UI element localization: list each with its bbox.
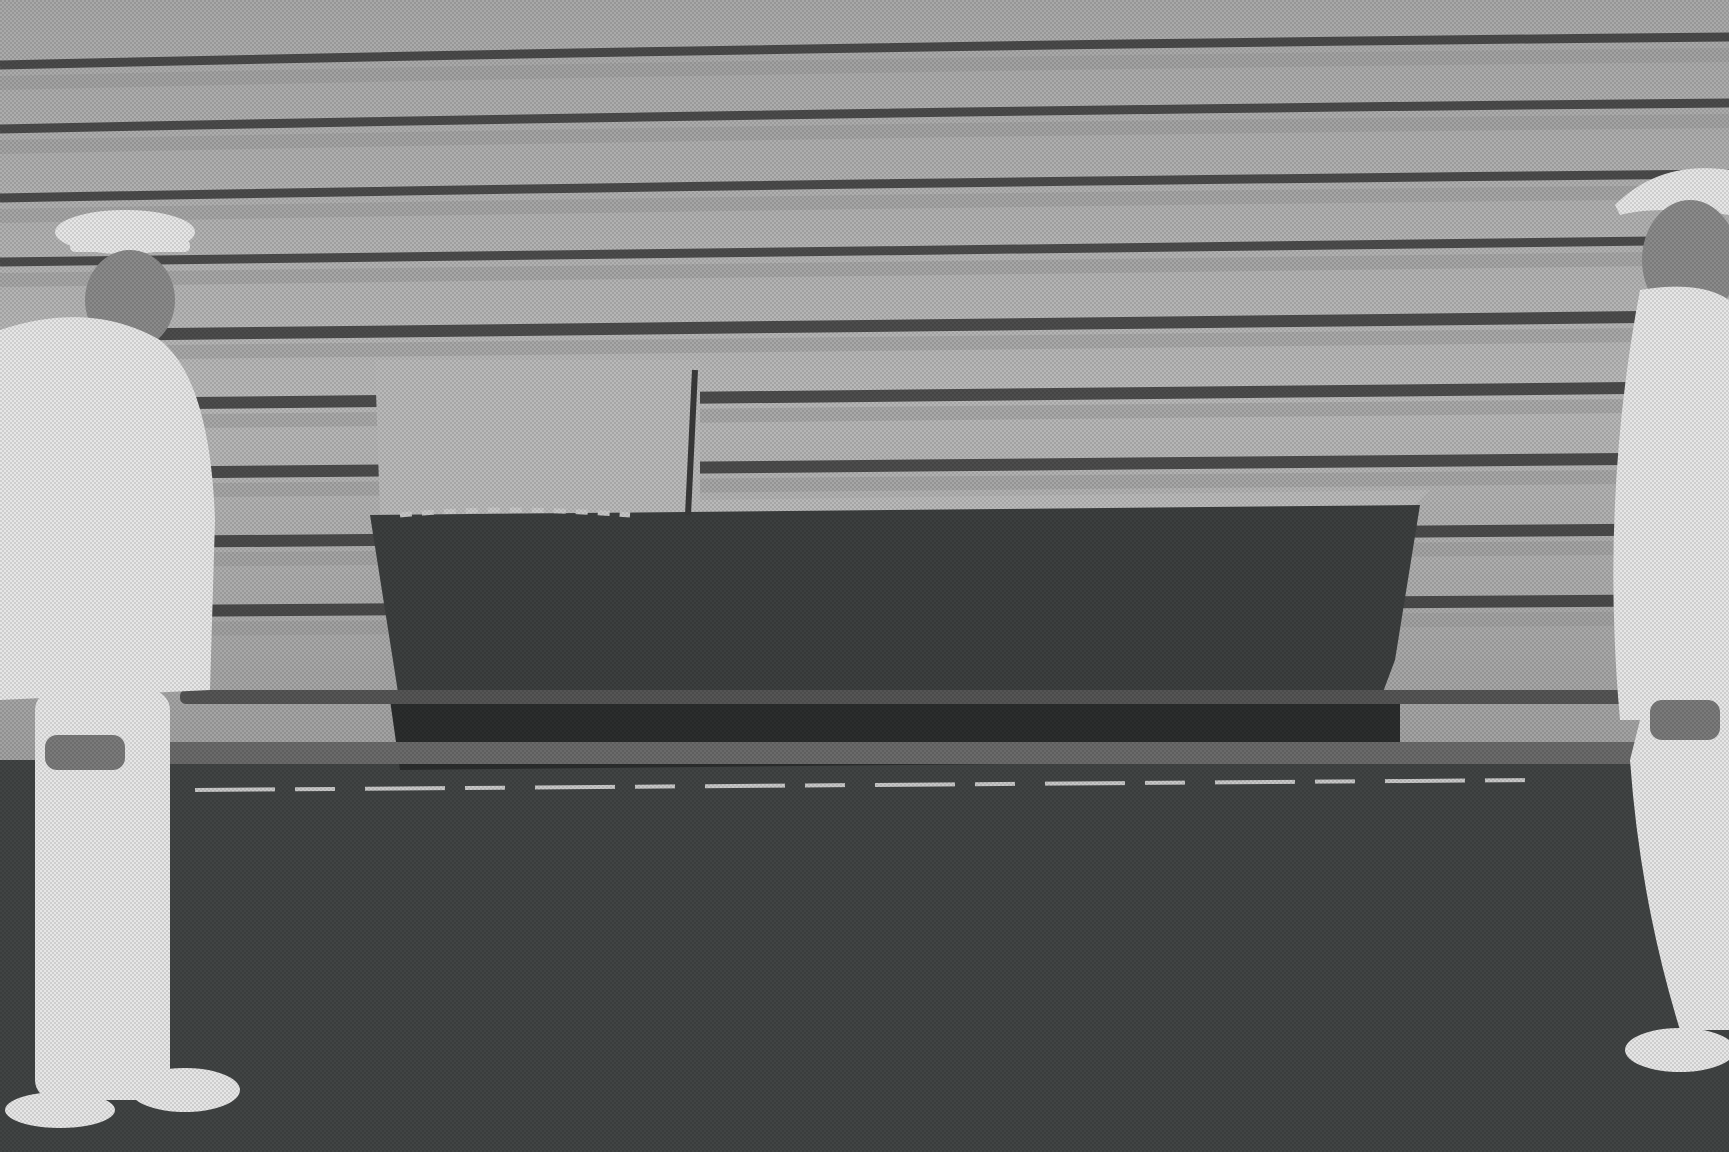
archival-photograph <box>0 0 1729 1152</box>
halftone-overlay <box>0 0 1729 1152</box>
